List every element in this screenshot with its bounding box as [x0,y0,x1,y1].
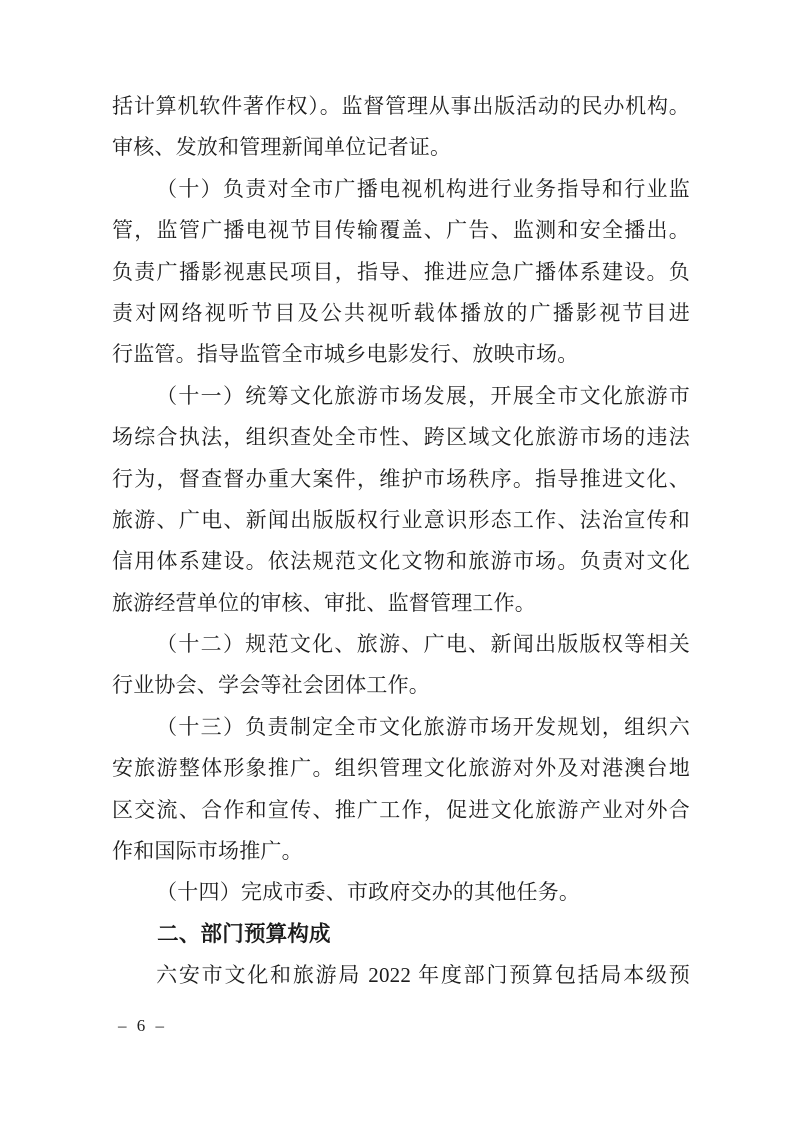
text-line: 六安市文化和旅游局 2022 年度部门预算包括局本级预 [112,955,690,996]
text-line: 负责广播影视惠民项目，指导、推进应急广播体系建设。负 [112,252,690,293]
text-line: 责对网络视听节目及公共视听载体播放的广播影视节目进 [112,293,690,334]
document-page: 括计算机软件著作权）。监督管理从事出版活动的民办机构。审核、发放和管理新闻单位记… [0,0,793,1122]
text-line: 场综合执法，组织查处全市性、跨区域文化旅游市场的违法 [112,417,690,458]
text-line: 区交流、合作和宣传、推广工作，促进文化旅游产业对外合 [112,790,690,831]
document-body: 括计算机软件著作权）。监督管理从事出版活动的民办机构。审核、发放和管理新闻单位记… [112,86,690,997]
text-line: 管，监管广播电视节目传输覆盖、广告、监测和安全播出。 [112,210,690,251]
text-line: 旅游经营单位的审核、审批、监督管理工作。 [112,583,690,624]
text-line: 安旅游整体形象推广。组织管理文化旅游对外及对港澳台地 [112,748,690,789]
text-line: 行为，督查督办重大案件，维护市场秩序。指导推进文化、 [112,459,690,500]
text-line: 旅游、广电、新闻出版版权行业意识形态工作、法治宣传和 [112,500,690,541]
text-line: 作和国际市场推广。 [112,831,690,872]
text-line: （十四）完成市委、市政府交办的其他任务。 [112,872,690,913]
section-heading: 二、部门预算构成 [112,914,690,955]
text-line: （十三）负责制定全市文化旅游市场开发规划，组织六 [112,707,690,748]
text-line: 行业协会、学会等社会团体工作。 [112,665,690,706]
text-line: 括计算机软件著作权）。监督管理从事出版活动的民办机构。 [112,86,690,127]
text-line: （十二）规范文化、旅游、广电、新闻出版版权等相关 [112,624,690,665]
text-line: 审核、发放和管理新闻单位记者证。 [112,127,690,168]
text-line: 信用体系建设。依法规范文化文物和旅游市场。负责对文化 [112,541,690,582]
page-number: – 6 – [118,1014,167,1038]
text-line: （十）负责对全市广播电视机构进行业务指导和行业监 [112,169,690,210]
text-line: 行监管。指导监管全市城乡电影发行、放映市场。 [112,334,690,375]
text-line: （十一）统筹文化旅游市场发展，开展全市文化旅游市 [112,376,690,417]
